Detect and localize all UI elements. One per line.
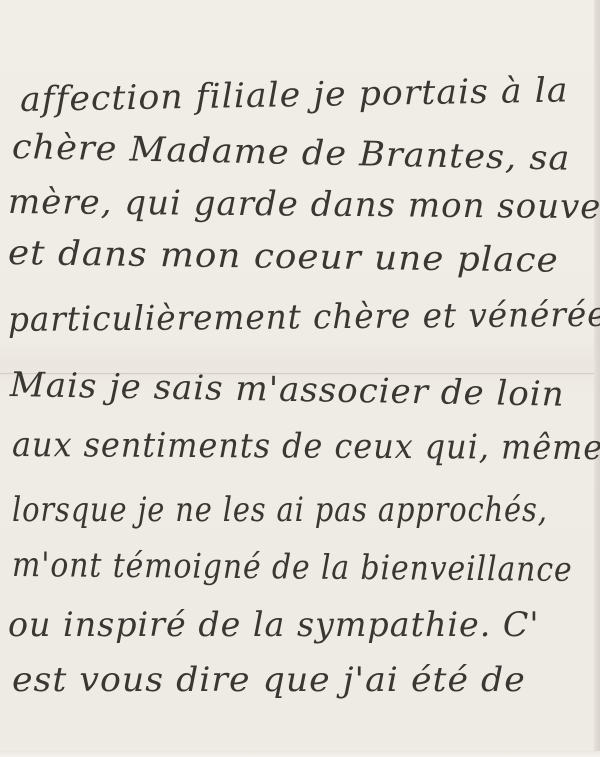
handwritten-line: est vous dire que j'ai été de xyxy=(12,660,526,700)
handwritten-line: mère, qui garde dans mon souvenir xyxy=(8,182,600,228)
handwritten-line: m'ont témoigné de la bienveillance xyxy=(12,545,573,590)
letter-page: affection filiale je portais à la chère … xyxy=(0,0,600,757)
handwritten-line: affection filiale je portais à la xyxy=(20,70,569,120)
paper-right-edge xyxy=(594,0,600,757)
handwritten-line: particulièrement chère et vénérée. xyxy=(8,295,600,340)
handwritten-line: ou inspiré de la sympathie. C' xyxy=(8,605,539,645)
handwritten-line: Mais je sais m'associer de loin xyxy=(10,365,565,415)
handwritten-line: chère Madame de Brantes, sa xyxy=(12,127,571,179)
handwritten-line: aux sentiments de ceux qui, même xyxy=(12,425,600,468)
handwritten-line: et dans mon coeur une place xyxy=(8,233,559,281)
paper-bottom-edge xyxy=(0,751,600,757)
handwritten-line: lorsque je ne les ai pas approchés, xyxy=(12,490,548,530)
